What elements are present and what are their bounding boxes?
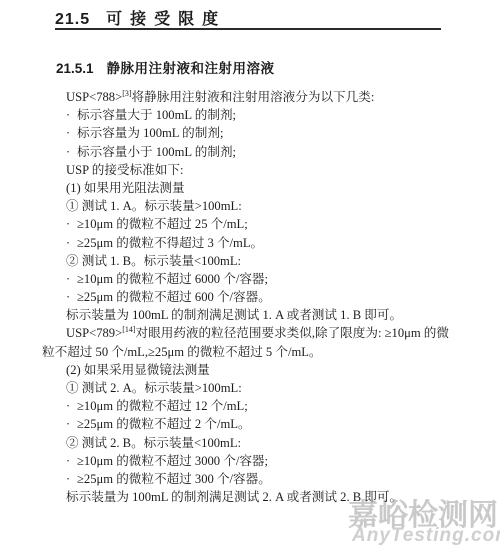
body-text: 标示容量小于 100mL 的制剂; — [77, 145, 236, 159]
body-text: USP 的接受标准如下: — [66, 163, 183, 177]
body-line: ·≥25μm 的微粒不得超过 3 个/mL。 — [42, 234, 472, 252]
bullet-icon: · — [66, 106, 77, 124]
body-line: ① 测试 2. A。标示装量>100mL: — [42, 379, 472, 397]
body-line: ·≥10μm 的微粒不超过 12 个/mL; — [42, 397, 472, 415]
bullet-icon: · — [66, 288, 77, 306]
bullet-icon: · — [66, 215, 77, 233]
bullet-icon: · — [66, 234, 77, 252]
document-body: USP<788>[3]将静脉用注射液和注射用溶液分为以下几类:·标示容量大于 1… — [42, 88, 472, 506]
body-line: 标示装量为 100mL 的制剂满足测试 1. A 或者测试 1. B 即可。 — [42, 306, 472, 324]
body-line: ① 测试 1. A。标示装量>100mL: — [42, 197, 472, 215]
subsection-title-text: 静脉用注射液和注射用溶液 — [107, 61, 275, 76]
title-underline-rule — [55, 28, 441, 30]
bullet-icon: · — [66, 143, 77, 161]
body-line: 标示装量为 100mL 的制剂满足测试 2. A 或者测试 2. B 即可。 — [42, 488, 472, 506]
body-text: USP<788> — [66, 90, 122, 104]
body-text: ① 测试 1. A。标示装量>100mL: — [66, 199, 242, 213]
body-text: ≥25μm 的微粒不得超过 3 个/mL。 — [77, 236, 263, 250]
bullet-icon: · — [66, 270, 77, 288]
body-text: ≥25μm 的微粒不超过 600 个/容器。 — [77, 290, 271, 304]
body-line: USP<789>[14]对眼用药液的粒径范围要求类似,除了限度为: ≥10μm … — [42, 324, 472, 342]
subsection-title: 21.5.1静脉用注射液和注射用溶液 — [56, 57, 275, 77]
body-text: ≥25μm 的微粒不超过 2 个/mL。 — [77, 417, 251, 431]
bullet-icon: · — [66, 470, 77, 488]
body-text: ≥10μm 的微粒不超过 3000 个/容器; — [77, 454, 268, 468]
bullet-icon: · — [66, 452, 77, 470]
footnote-reference: [14] — [122, 325, 135, 334]
body-text: 粒不超过 50 个/mL,≥25μm 的微粒不超过 5 个/mL。 — [42, 345, 322, 359]
body-line: (1) 如果用光阻法测量 — [42, 179, 472, 197]
body-line: USP<788>[3]将静脉用注射液和注射用溶液分为以下几类: — [42, 88, 472, 106]
body-text: ≥10μm 的微粒不超过 25 个/mL; — [77, 217, 248, 231]
section-title-text: 可接受限度 — [106, 11, 226, 28]
body-line: USP 的接受标准如下: — [42, 161, 472, 179]
body-text: ② 测试 2. B。标示装量<100mL: — [66, 436, 241, 450]
section-title: 21.5可接受限度 — [55, 6, 226, 29]
body-text: (2) 如果采用显微镜法测量 — [66, 363, 210, 377]
body-line: ·≥25μm 的微粒不超过 2 个/mL。 — [42, 415, 472, 433]
body-text: 标示装量为 100mL 的制剂满足测试 1. A 或者测试 1. B 即可。 — [66, 308, 402, 322]
body-text: 将静脉用注射液和注射用溶液分为以下几类: — [132, 90, 375, 104]
body-text: 标示容量为 100mL 的制剂; — [77, 126, 223, 140]
body-line: (2) 如果采用显微镜法测量 — [42, 361, 472, 379]
document-page: 21.5可接受限度 21.5.1静脉用注射液和注射用溶液 USP<788>[3]… — [0, 0, 500, 557]
body-text: 对眼用药液的粒径范围要求类似,除了限度为: ≥10μm 的微 — [136, 326, 449, 340]
body-text: ≥10μm 的微粒不超过 6000 个/容器; — [77, 272, 268, 286]
body-line: ② 测试 1. B。标示装量<100mL: — [42, 252, 472, 270]
body-line: ·≥25μm 的微粒不超过 600 个/容器。 — [42, 288, 472, 306]
body-line: 粒不超过 50 个/mL,≥25μm 的微粒不超过 5 个/mL。 — [42, 343, 472, 361]
body-text: ① 测试 2. A。标示装量>100mL: — [66, 381, 242, 395]
body-line: ·标示容量大于 100mL 的制剂; — [42, 106, 472, 124]
body-line: ·≥10μm 的微粒不超过 25 个/mL; — [42, 215, 472, 233]
bullet-icon: · — [66, 415, 77, 433]
body-line: ② 测试 2. B。标示装量<100mL: — [42, 434, 472, 452]
subsection-number: 21.5.1 — [56, 61, 94, 76]
body-text: ≥25μm 的微粒不超过 300 个/容器。 — [77, 472, 271, 486]
body-line: ·标示容量小于 100mL 的制剂; — [42, 143, 472, 161]
body-line: ·≥25μm 的微粒不超过 300 个/容器。 — [42, 470, 472, 488]
body-line: ·标示容量为 100mL 的制剂; — [42, 124, 472, 142]
footnote-reference: [3] — [122, 89, 131, 98]
body-text: (1) 如果用光阻法测量 — [66, 181, 185, 195]
bullet-icon: · — [66, 397, 77, 415]
section-number: 21.5 — [55, 11, 90, 28]
body-text: 标示装量为 100mL 的制剂满足测试 2. A 或者测试 2. B 即可。 — [66, 490, 402, 504]
body-line: ·≥10μm 的微粒不超过 3000 个/容器; — [42, 452, 472, 470]
body-text: ≥10μm 的微粒不超过 12 个/mL; — [77, 399, 248, 413]
body-text: 标示容量大于 100mL 的制剂; — [77, 108, 236, 122]
watermark-url: AnyTesting.com — [352, 525, 500, 547]
bullet-icon: · — [66, 124, 77, 142]
body-text: ② 测试 1. B。标示装量<100mL: — [66, 254, 241, 268]
body-text: USP<789> — [66, 326, 122, 340]
body-line: ·≥10μm 的微粒不超过 6000 个/容器; — [42, 270, 472, 288]
